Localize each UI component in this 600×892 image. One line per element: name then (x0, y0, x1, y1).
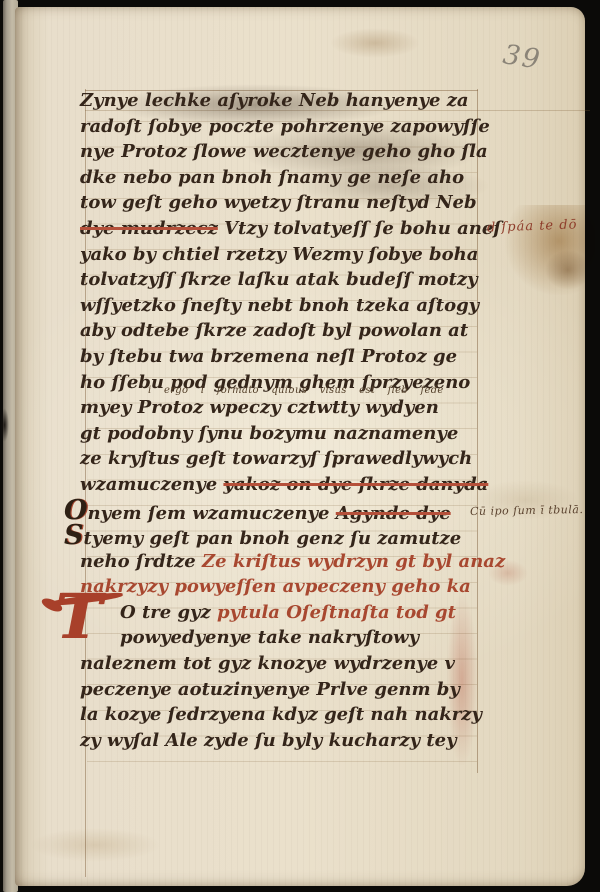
body-text: peczenye aotuzinyenye Prlve genm by (80, 679, 460, 700)
body-text: wſſyetzko ſneſty nebt bnoh tzeka aſtogy (80, 295, 479, 316)
manuscript-photo: { "document": { "kind": "medieval manusc… (0, 0, 600, 892)
text-line: tolvatzyſſ ſkrze laſku atak budeſſ motzy (80, 267, 464, 293)
interlinear-gloss: i ergo i formato quibus visus est fleb f… (148, 385, 568, 396)
chapter-initial-letter: T (55, 588, 101, 646)
body-text: ze kryſtus geſt towarzyſ ſprawedlywych (80, 448, 472, 469)
body-text: tyemy geſt pan bnoh genz ſu zamutze (84, 528, 462, 549)
text-line: yako by chtiel rzetzy Wezmy ſobye boha (80, 242, 464, 268)
body-text: Vtzy tolvatyeſſ ſe bohu aneſ (218, 218, 501, 239)
decorated-initial: S (64, 520, 84, 551)
body-text: O tre gyz (120, 602, 217, 623)
text-line: la kozye ſedrzyena kdyz geſt nah nakrzy (80, 702, 464, 728)
margin-note-rubric: d ſpáa te dō (487, 217, 578, 235)
text-line: aby odtebe ſkrze zadoſt byl powolan at (80, 318, 464, 344)
body-text: dye mudrzecz (80, 218, 218, 239)
body-text: by ſtebu twa brzemena neſl Protoz ge (80, 346, 457, 367)
body-text: aby odtebe ſkrze zadoſt byl powolan at (80, 320, 468, 341)
body-text: tolvatzyſſ ſkrze laſku atak budeſſ motzy (80, 269, 478, 290)
text-line: radoſt ſobye poczte pohrzenye zapowyſſe (80, 114, 464, 140)
text-line: gt podobny ſynu bozymu naznamenye (80, 421, 464, 447)
body-text: gt podobny ſynu bozymu naznamenye (80, 423, 458, 444)
text-line: Zynye lechke aſyroke Neb hanyenye za (80, 88, 464, 114)
text-line: dye mudrzecz Vtzy tolvatyeſſ ſe bohu ane… (80, 216, 464, 242)
text-line: myey Protoz wpeczy cztwtty wydyen (80, 395, 464, 421)
text-line: wzamuczenye yakoz on dye ſkrze danyda (80, 472, 464, 498)
folio-number: 39 (501, 39, 544, 76)
text-line: O tre gyz pytula Oſeſtnaſta tod gt (80, 600, 464, 626)
body-text: Zynye lechke aſyroke Neb hanyenye za (80, 90, 469, 111)
body-text: yako by chtiel rzetzy Wezmy ſobye boha (80, 244, 478, 265)
text-line: ze kryſtus geſt towarzyſ ſprawedlywych (80, 446, 464, 472)
text-line: nakrzyzy powyeſſen avpeczeny geho ka (80, 574, 464, 600)
body-text: neho ſrdtze (80, 551, 202, 572)
text-line: nye Protoz ſlowe wecztenye geho gho ſla (80, 139, 464, 165)
body-text: zy wyſal Ale zyde ſu byly kucharzy tey (80, 730, 457, 751)
text-line: by ſtebu twa brzemena neſl Protoz ge (80, 344, 464, 370)
rubric-text: Ze kriſtus wydrzyn gt byl anaz (202, 551, 505, 572)
body-text: yakoz on dye ſkrze danyda (223, 474, 488, 495)
text-line: powyedyenye take nakryſtowy (80, 625, 464, 651)
rubric-text: pytula Oſeſtnaſta tod gt (217, 602, 456, 623)
text-line: Onyem ſem wzamuczenye Agynde dye (80, 498, 464, 524)
edge-shadow (0, 408, 9, 442)
text-line: naleznem tot gyz knozye wydrzenye v (80, 651, 464, 677)
body-text: tow geſt geho wyetzy ſtranu neſtyd Neb (80, 192, 477, 213)
body-text: nyem ſem wzamuczenye (88, 503, 336, 524)
body-text: radoſt ſobye poczte pohrzenye zapowyſſe (80, 116, 490, 137)
text-line: neho ſrdtze Ze kriſtus wydrzyn gt byl an… (80, 549, 464, 575)
margin-note-latin: Cū ipo ſum ī tbulā. (470, 503, 584, 518)
text-line: peczenye aotuzinyenye Prlve genm by (80, 677, 464, 703)
rubric-text: nakrzyzy powyeſſen avpeczeny geho ka (80, 576, 471, 597)
text-line: dke nebo pan bnoh ſnamy ge neſe aho (80, 165, 464, 191)
body-text: wzamuczenye (80, 474, 223, 495)
body-text: powyedyenye take nakryſtowy (120, 627, 419, 648)
text-line: tow geſt geho wyetzy ſtranu neſtyd Neb (80, 190, 464, 216)
body-text: myey Protoz wpeczy cztwtty wydyen (80, 397, 439, 418)
body-text: Agynde dye (336, 503, 451, 524)
body-text: naleznem tot gyz knozye wydrzenye v (80, 653, 455, 674)
text-line: wſſyetzko ſneſty nebt bnoh tzeka aſtogy (80, 293, 464, 319)
body-text: nye Protoz ſlowe wecztenye geho gho ſla (80, 141, 488, 162)
body-text: dke nebo pan bnoh ſnamy ge neſe aho (80, 167, 464, 188)
body-text: la kozye ſedrzyena kdyz geſt nah nakrzy (80, 704, 482, 725)
text-line: Styemy geſt pan bnoh genz ſu zamutze (80, 523, 464, 549)
text-block: Zynye lechke aſyroke Neb hanyenye zarado… (80, 88, 464, 753)
ruling-line-right (477, 89, 478, 773)
text-line: zy wyſal Ale zyde ſu byly kucharzy tey (80, 728, 464, 754)
